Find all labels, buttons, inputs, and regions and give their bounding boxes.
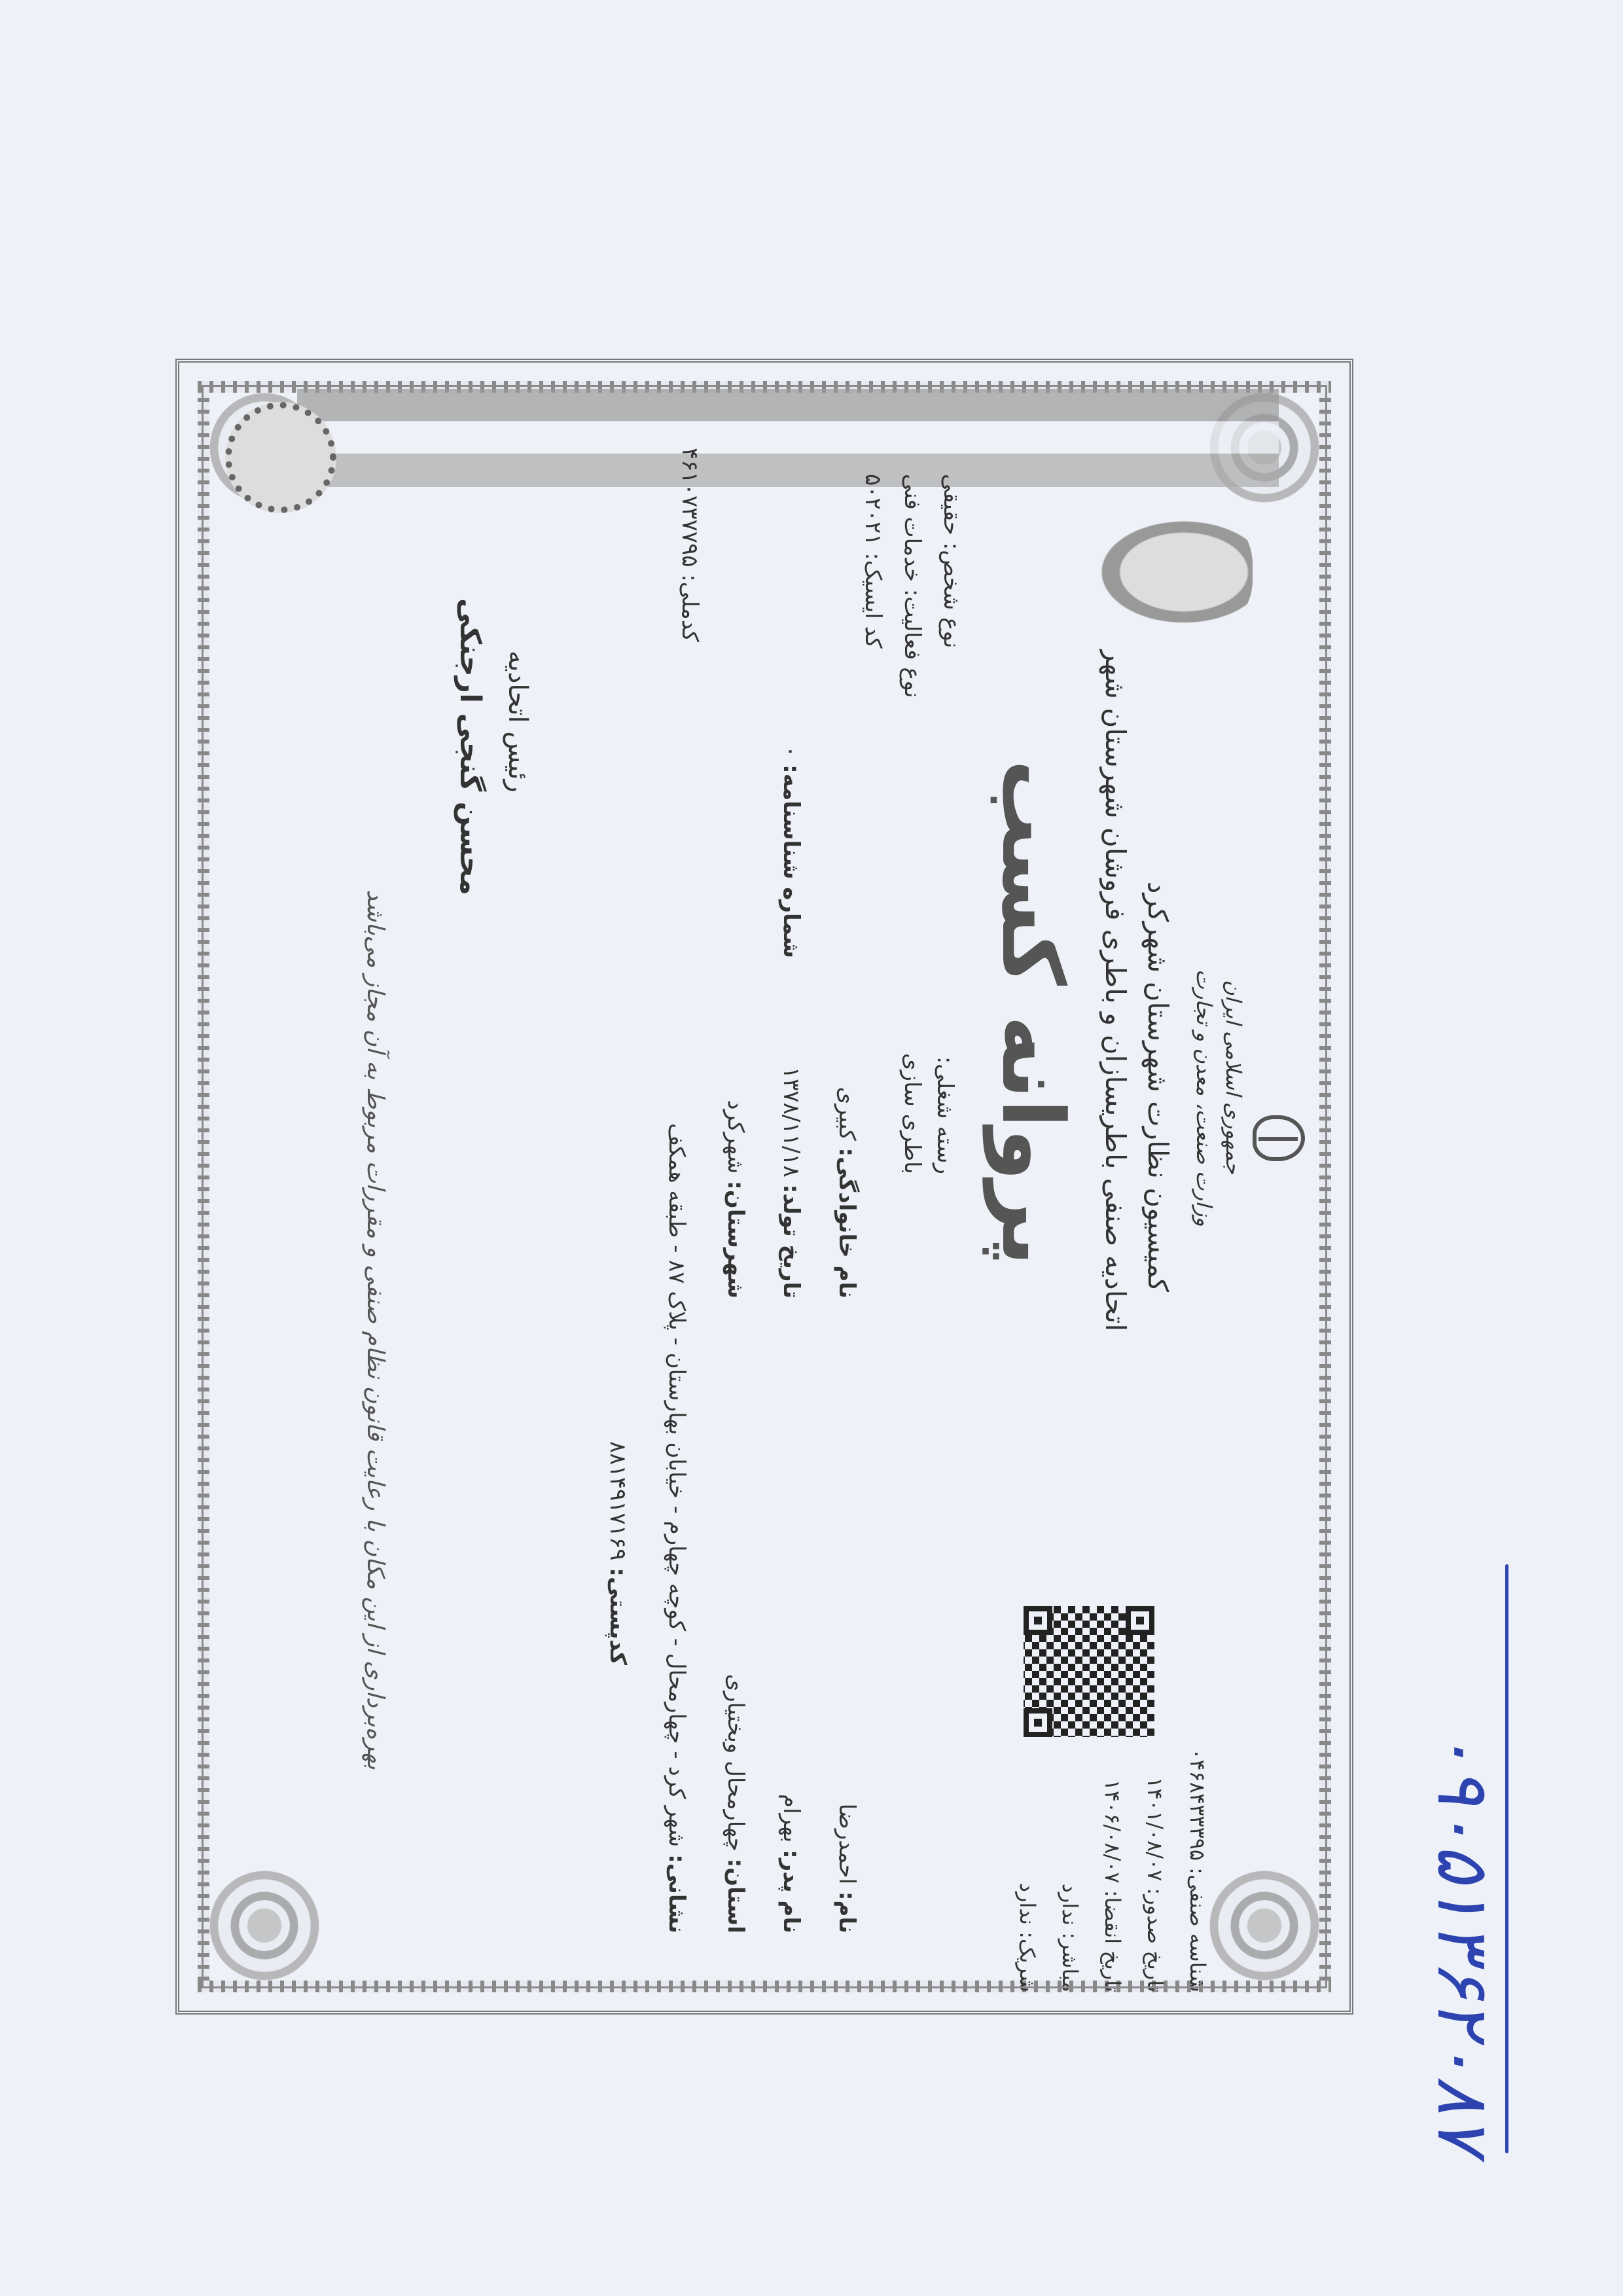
certificate-content: جمهوری اسلامی ایران وزارت صنعت، معدن و ت… (179, 363, 1357, 2018)
signatory-name: محسن گنجی ارجنکی (454, 598, 487, 895)
father-name: نام پدر: بهرام (778, 1794, 804, 1933)
activity-type: نوع فعالیت: خدمات فنی (899, 474, 925, 698)
postal-code: کدپستی: ۸۸۱۴۹۱۷۱۶۹ (605, 1441, 631, 1665)
guild-id: شناسه صنفی: ۰۴۶۸۴۳۳۳۹۵ (1185, 1748, 1210, 1992)
union-name: اتحادیه صنفی باطریسازان و باطری فروشان ش… (1099, 608, 1132, 1332)
occupation-value: باطری سازی (899, 1053, 925, 1174)
supervisor: مباشر: ندارد (1058, 1884, 1082, 1992)
commission-name: کمیسیون نظارت شهرستان شهرکرد (1142, 882, 1174, 1292)
iran-flag-ribbon (297, 389, 1279, 487)
handwritten-line (1505, 1564, 1508, 2153)
person-type: نوع شخص: حقیقی (938, 474, 965, 649)
handwritten-phone-number: ۰۹۰۵۱۳۶۲۰۸۷ (1421, 1728, 1505, 2153)
union-seal-icon (225, 402, 336, 513)
national-code: کدملی: ۴۶۱۰۷۳۷۷۹۵ (677, 448, 703, 642)
last-name: نام خانوادگی: کبیری (834, 1087, 860, 1299)
isic-code: کد ایسیک: ۵۰۲۰۲۱ (860, 474, 886, 649)
expiry-date: تاریخ انقضا: ۱۴۰۶/۰۸/۰۷ (1100, 1780, 1125, 1992)
ornament-corner-icon (1205, 389, 1323, 507)
iran-emblem-icon (1253, 1115, 1305, 1161)
province: استان: چهارمحال وبختیاری (722, 1674, 749, 1933)
ornament-corner-icon (205, 1867, 323, 1984)
address: نشانی: شهر کرد - چهارمحال - کوچه چهارم -… (664, 1123, 690, 1933)
signatory-title: رئیس اتحادیه (503, 651, 533, 793)
county: شهرستان: شهرکرد (722, 1100, 749, 1299)
partner: شریک: ندارد (1015, 1883, 1040, 1992)
ornament-corner-icon (1205, 1867, 1323, 1984)
footer-note: بهره‌برداری از این مکان با رعایت قانون ن… (362, 889, 389, 1770)
holder-photo (1056, 493, 1253, 651)
country-name: جمهوری اسلامی ایران (1221, 980, 1246, 1174)
first-name: نام: احمدرضا (834, 1804, 860, 1934)
qr-code[interactable] (1024, 1606, 1154, 1737)
ministry-name: وزارت صنعت، معدن و تجارت (1192, 969, 1217, 1227)
issue-date: تاریخ صدور: ۱۴۰۱/۰۸/۰۷ (1143, 1777, 1168, 1992)
ornament-corner-icon (205, 389, 323, 507)
birth-date: تاریخ تولد: ۱۳۷۸/۱۱/۱۸ (778, 1067, 804, 1299)
id-number: شماره شناسنامه: ۰ (778, 745, 804, 958)
certificate-frame: جمهوری اسلامی ایران وزارت صنعت، معدن و ت… (175, 359, 1353, 2015)
page-title: پروانه کسب (983, 760, 1082, 1266)
occupation-label: رسته شغلی: (932, 1056, 958, 1174)
